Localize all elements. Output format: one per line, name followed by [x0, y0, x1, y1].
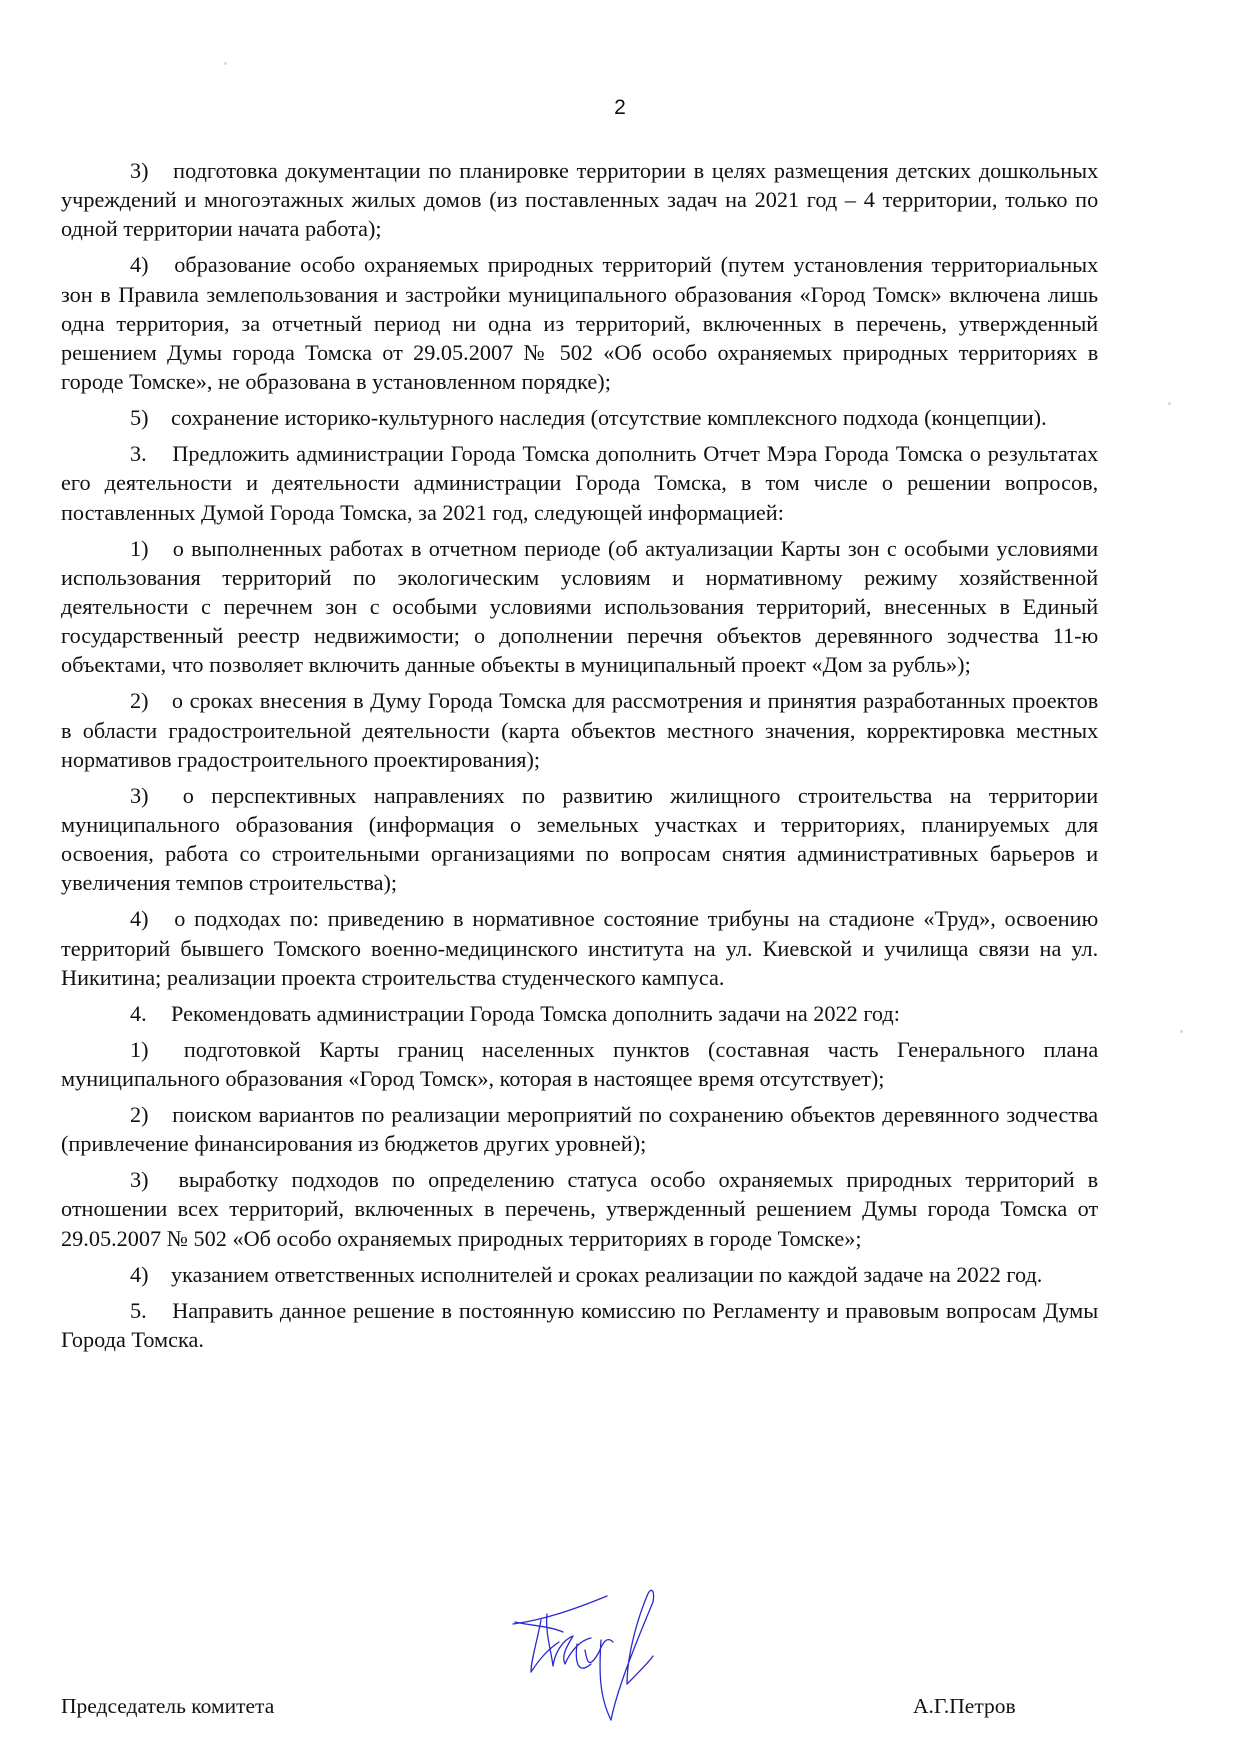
paragraph-text: о выполненных работах в отчетном периоде… [61, 536, 1098, 678]
item-number: 4) [130, 904, 165, 933]
paragraph-text: о перспективных направлениях по развитию… [61, 783, 1098, 896]
paragraph-text: Предложить администрации Города Томска д… [61, 441, 1098, 524]
item-number: 5) [130, 403, 165, 432]
paragraph-section-3-item-1: 1) о выполненных работах в отчетном пери… [61, 534, 1098, 680]
paragraph-item-3: 3) подготовка документации по планировке… [61, 156, 1098, 244]
paragraph-text: Направить данное решение в постоянную ко… [61, 1298, 1098, 1352]
paragraph-text: о сроках внесения в Думу Города Томска д… [61, 688, 1098, 771]
signature-block: Председатель комитета А.Г.Петров [61, 1630, 1101, 1750]
item-number: 4) [130, 250, 165, 279]
signatory-name: А.Г.Петров [913, 1693, 1016, 1719]
paragraph-text: указанием ответственных исполнителей и с… [171, 1262, 1042, 1287]
item-number: 1) [130, 1035, 165, 1064]
paragraph-section-3-item-2: 2) о сроках внесения в Думу Города Томск… [61, 686, 1098, 774]
paragraph-section-3-item-4: 4) о подходах по: приведению в нормативн… [61, 904, 1098, 992]
paragraph-text: Рекомендовать администрации Города Томск… [171, 1001, 900, 1026]
paragraph-text: подготовка документации по планировке те… [61, 158, 1098, 241]
document-body: 3) подготовка документации по планировке… [61, 156, 1099, 1361]
paragraph-text: сохранение историко-культурного наследия… [171, 405, 1047, 430]
paragraph-text: подготовкой Карты границ населенных пунк… [61, 1037, 1098, 1091]
handwritten-signature-icon [503, 1580, 723, 1730]
signatory-title: Председатель комитета [61, 1693, 274, 1719]
paragraph-section-5: 5. Направить данное решение в постоянную… [61, 1296, 1098, 1354]
item-number: 3) [130, 1165, 165, 1194]
document-page: 2 3) подготовка документации по планиров… [0, 0, 1240, 1753]
section-number: 3. [130, 439, 165, 468]
paragraph-item-4: 4) образование особо охраняемых природны… [61, 250, 1098, 396]
scan-artifact [224, 62, 227, 65]
paragraph-section-3-item-3: 3) о перспективных направлениях по разви… [61, 781, 1098, 898]
paragraph-section-4-item-2: 2) поиском вариантов по реализации мероп… [61, 1100, 1098, 1158]
paragraph-item-5: 5) сохранение историко-культурного насле… [61, 403, 1098, 432]
item-number: 4) [130, 1260, 165, 1289]
paragraph-text: поиском вариантов по реализации мероприя… [61, 1102, 1098, 1156]
paragraph-section-4: 4. Рекомендовать администрации Города То… [61, 999, 1098, 1028]
page-number: 2 [0, 96, 1240, 120]
section-number: 5. [130, 1296, 165, 1325]
paragraph-section-3: 3. Предложить администрации Города Томск… [61, 439, 1098, 527]
paragraph-section-4-item-3: 3) выработку подходов по определению ста… [61, 1165, 1098, 1253]
section-number: 4. [130, 999, 165, 1028]
item-number: 3) [130, 156, 165, 185]
paragraph-text: образование особо охраняемых природных т… [61, 252, 1098, 394]
item-number: 2) [130, 686, 165, 715]
scan-artifact [1168, 402, 1171, 405]
paragraph-text: выработку подходов по определению статус… [61, 1167, 1098, 1250]
item-number: 2) [130, 1100, 165, 1129]
paragraph-section-4-item-4: 4) указанием ответственных исполнителей … [61, 1260, 1098, 1289]
item-number: 3) [130, 781, 165, 810]
scan-artifact [1180, 1030, 1183, 1033]
item-number: 1) [130, 534, 165, 563]
paragraph-text: о подходах по: приведению в нормативное … [61, 906, 1098, 989]
paragraph-section-4-item-1: 1) подготовкой Карты границ населенных п… [61, 1035, 1098, 1093]
